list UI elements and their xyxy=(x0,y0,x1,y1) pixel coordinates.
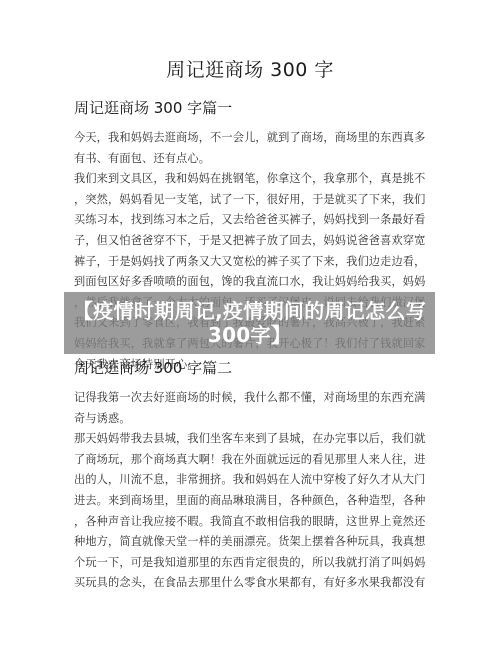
document-page: 周记逛商场 300 字 周记逛商场 300 字篇一 今天，我和妈妈去逛商场，不一… xyxy=(0,0,500,647)
paragraph-line: 有书、有面包、还有点心。 xyxy=(74,149,426,170)
paragraph-line: 奇与诱惑。 xyxy=(74,409,426,430)
caption-overlay: 【疫情时期周记,疫情期间的周记怎么写300字】 xyxy=(64,292,435,354)
paragraph-line: ，各种声音让我应接不暇。我简直不敢相信我的眼睛，这世界上竟然还有这 xyxy=(74,512,426,533)
paragraph-line: 裤子，于是妈妈找了两条又大又宽松的裤子买了下来，我们边走边看，我看 xyxy=(74,252,426,273)
paragraph-line: 买练习本，找到练习本之后，又去给爸爸买裤子，妈妈找到一条最好看的裤 xyxy=(74,210,426,231)
document-title: 周记逛商场 300 字 xyxy=(0,58,500,82)
paragraph-line: 进去。来到商场里，里面的商品琳琅满目，各种颜色，各种造型，各种款式 xyxy=(74,491,426,512)
paragraph-line: 种地方，简直就像天堂一样的美丽漂亮。货架上摆着各种玩具，我真想拿一 xyxy=(74,532,426,553)
paragraph-line: 那天妈妈带我去县城，我们坐客车来到了县城，在办完事以后，我们就来到 xyxy=(74,429,426,450)
paragraph-line: 到面包区好多香喷喷的面包，馋的我直流口水，我让妈妈给我买，妈妈说好 xyxy=(74,272,426,293)
paragraph-line: 记得我第一次去好逛商场的时候，我什么都不懂，对商场里的东西充满了好 xyxy=(74,388,426,409)
essay-section-2: 周记逛商场 300 字篇二 记得我第一次去好逛商场的时候，我什么都不懂，对商场里… xyxy=(74,358,426,594)
paragraph-line: 我们来到文具区，我和妈妈在挑钢笔，你拿这个，我拿那个，真是挑不出来 xyxy=(74,169,426,190)
paragraph-line: 子，但又怕爸爸穿不下，于是又把裤子放了回去，妈妈说爸爸喜欢穿宽松的 xyxy=(74,231,426,252)
paragraph-line: 今天，我和妈妈去逛商场，不一会儿，就到了商场，商场里的东西真多呀！ xyxy=(74,128,426,149)
section-heading: 周记逛商场 300 字篇一 xyxy=(74,98,426,118)
paragraph-line: 出的人，川流不息，非常拥挤。我和妈妈在人流中穿梭了好久才从大门挤了 xyxy=(74,470,426,491)
section-heading: 周记逛商场 300 字篇二 xyxy=(74,358,426,378)
paragraph-line: 买玩具的念头，在食品去那里什么零食水果都有，有好多水果我都没有见过 xyxy=(74,573,426,594)
paragraph-line: 了商场玩，那个商场真大啊！我在外面就远远的看见那里人来人往，进进出 xyxy=(74,450,426,471)
paragraph-line: 个玩一下，可是我知道那里的东西肯定很贵的，所以我就打消了叫妈妈给我 xyxy=(74,553,426,574)
paragraph-line: ，突然，妈妈看见一支笔，试了一下，很好用，于是就买了下来，我们又去 xyxy=(74,190,426,211)
caption-text: 【疫情时期周记,疫情期间的周记怎么写300字】 xyxy=(64,299,435,347)
